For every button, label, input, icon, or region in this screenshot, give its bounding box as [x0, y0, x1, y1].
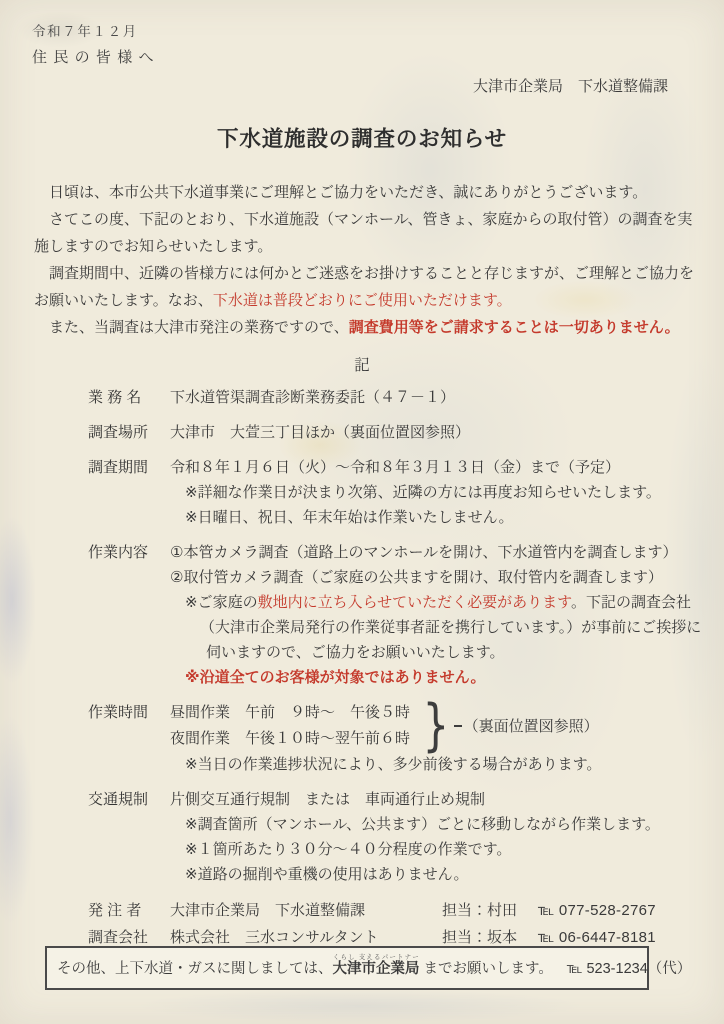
salutation: 住民の皆様へ — [32, 46, 724, 67]
intro-section: 日頃は、本市公共下水道事業にご理解とご協力をいただき、誠にありがとうございます。… — [34, 179, 694, 341]
orderer-person-in-charge: 担当：村田 — [442, 897, 538, 924]
intro-p3-red-highlight: 下水道は普段どおりにご使用いただけます。 — [213, 292, 512, 309]
work-item-2: ②取付管カメラ調査（ご家庭の公共ますを開け、取付管内を調査します） — [170, 565, 704, 590]
survey-period-value: 令和８年１月６日（火）～令和８年３月１３日（金）まで（予定） — [170, 455, 704, 480]
row-value-group: 昼間作業 午前 ９時～ 午後５時 夜間作業 午後１０時～翌午前６時 } （裏面位… — [170, 700, 704, 777]
record-marker: 記 — [0, 353, 724, 375]
row-business-name: 業 務 名 下水道管渠調査診断業務委託（４７－１） — [88, 385, 704, 410]
intro-p4-red-highlight: 調査費用等をご請求することは一切ありません。 — [349, 319, 680, 336]
nighttime-hours: 夜間作業 午後１０時～翌午前６時 — [170, 726, 410, 752]
row-value: 大津市 大萱三丁目ほか（裏面位置図参照） — [170, 420, 704, 445]
survey-period-note-1: ※詳細な作業日が決まり次第、近隣の方には再度お知らせいたします。 — [185, 480, 704, 505]
row-label: 交通規制 — [88, 787, 150, 812]
footer-bureau-with-slogan: 大津市企業局くらし 支えるパートナー — [333, 961, 420, 977]
footer-text-pre: その他、上下水道・ガスに関しましては、 — [57, 961, 333, 977]
brace-tick — [454, 725, 462, 727]
work-note-2: （大津市企業局発行の作業従事者証を携行しています。）が事前にご挨拶に — [200, 615, 704, 640]
row-label: 作業内容 — [88, 540, 150, 565]
contact-row-orderer: 発 注 者 大津市企業局 下水道整備課 担当：村田 ℡ 077-528-2767 — [88, 897, 704, 924]
footer-bureau-name: 大津市企業局 — [333, 961, 420, 977]
row-value-group: ①本管カメラ調査（道路上のマンホールを開け、下水道管内を調査します） ②取付管カ… — [170, 540, 704, 690]
work-note-1: ※ご家庭の敷地内に立ち入らせていただく必要があります。下記の調査会社 — [185, 590, 704, 615]
work-note-3: 伺いますので、ご協力をお願いいたします。 — [206, 640, 704, 665]
brace-connector: } — [422, 700, 449, 752]
intro-paragraph-2: さてこの度、下記のとおり、下水道施設（マンホール、管きょ、家庭からの取付管）の調… — [34, 206, 694, 260]
intro-paragraph-3: 調査期間中、近隣の皆様方には何かとご迷惑をお掛けすることと存じますが、ご理解とご… — [34, 260, 694, 314]
intro-paragraph-1: 日頃は、本市公共下水道事業にご理解とご協力をいただき、誠にありがとうございます。 — [34, 179, 694, 206]
footer-text-post: までお願いします。 — [420, 961, 553, 977]
survey-period-note-2: ※日曜日、祝日、年末年始は作業いたしません。 — [185, 505, 704, 530]
contact-label: 発 注 者 — [88, 897, 150, 924]
row-label: 作業時間 — [88, 700, 150, 725]
row-traffic-regulation: 交通規制 片側交互通行規制 または 車両通行止め規制 ※調査箇所（マンホール、公… — [88, 787, 704, 887]
row-survey-period: 調査期間 令和８年１月６日（火）～令和８年３月１３日（金）まで（予定） ※詳細な… — [88, 455, 704, 530]
sender-department: 大津市企業局 下水道整備課 — [0, 75, 668, 96]
notice-document: 令和７年１２月 住民の皆様へ 大津市企業局 下水道整備課 下水道施設の調査のお知… — [0, 0, 724, 1024]
work-note-1-text: ※ご家庭の — [185, 594, 258, 611]
document-content: 令和７年１２月 住民の皆様へ 大津市企業局 下水道整備課 下水道施設の調査のお知… — [0, 0, 724, 951]
row-work-hours: 作業時間 昼間作業 午前 ９時～ 午後５時 夜間作業 午後１０時～翌午前６時 }… — [88, 700, 704, 777]
row-survey-location: 調査場所 大津市 大萱三丁目ほか（裏面位置図参照） — [88, 420, 704, 445]
work-hours-map-reference: （裏面位置図参照） — [464, 714, 599, 739]
issue-date: 令和７年１２月 — [32, 20, 724, 40]
row-work-description: 作業内容 ①本管カメラ調査（道路上のマンホールを開け、下水道管内を調査します） … — [88, 540, 704, 690]
traffic-note-3: ※道路の掘削や重機の使用はありません。 — [185, 862, 704, 887]
traffic-regulation-value: 片側交互通行規制 または 車両通行止め規制 — [170, 787, 704, 812]
row-value-group: 片側交互通行規制 または 車両通行止め規制 ※調査箇所（マンホール、公共ます）ご… — [170, 787, 704, 887]
orderer-phone: ℡ 077-528-2767 — [538, 897, 656, 924]
footer-bureau-slogan: くらし 支えるパートナー — [333, 954, 420, 961]
orderer-organization: 大津市企業局 下水道整備課 — [170, 897, 442, 924]
intro-p4-text: また、当調査は大津市発注の業務ですので、 — [49, 319, 349, 336]
intro-paragraph-4: また、当調査は大津市発注の業務ですので、調査費用等をご請求することは一切ありませ… — [34, 314, 694, 341]
traffic-note-1: ※調査箇所（マンホール、公共ます）ごとに移動しながら作業します。 — [185, 812, 704, 837]
traffic-note-2: ※１箇所あたり３０分～４０分程度の作業です。 — [185, 837, 704, 862]
detail-rows: 業 務 名 下水道管渠調査診断業務委託（４７－１） 調査場所 大津市 大萱三丁目… — [88, 385, 704, 951]
work-hours-group: 昼間作業 午前 ９時～ 午後５時 夜間作業 午後１０時～翌午前６時 } （裏面位… — [170, 700, 704, 752]
row-label: 業 務 名 — [88, 385, 150, 410]
work-note-1-red-highlight: 敷地内に立ち入らせていただく必要があります — [258, 594, 571, 611]
footer-phone: ℡ 523-1234（代） — [567, 961, 691, 977]
daytime-hours: 昼間作業 午前 ９時～ 午後５時 — [170, 700, 410, 726]
work-note-4-red: ※沿道全てのお客様が対象ではありません。 — [185, 665, 704, 690]
contacts-section: 発 注 者 大津市企業局 下水道整備課 担当：村田 ℡ 077-528-2767… — [88, 897, 704, 951]
work-hours-lines: 昼間作業 午前 ９時～ 午後５時 夜間作業 午後１０時～翌午前６時 — [170, 700, 410, 752]
row-value: 下水道管渠調査診断業務委託（４７－１） — [170, 385, 704, 410]
row-label: 調査期間 — [88, 455, 150, 480]
work-note-1-text-cont: 。下記の調査会社 — [571, 594, 691, 611]
work-item-1: ①本管カメラ調査（道路上のマンホールを開け、下水道管内を調査します） — [170, 540, 704, 565]
footer-contact-box: その他、上下水道・ガスに関しましては、大津市企業局くらし 支えるパートナー まで… — [45, 946, 649, 990]
page-title: 下水道施設の調査のお知らせ — [0, 122, 724, 153]
row-value-group: 令和８年１月６日（火）～令和８年３月１３日（金）まで（予定） ※詳細な作業日が決… — [170, 455, 704, 530]
row-label: 調査場所 — [88, 420, 150, 445]
